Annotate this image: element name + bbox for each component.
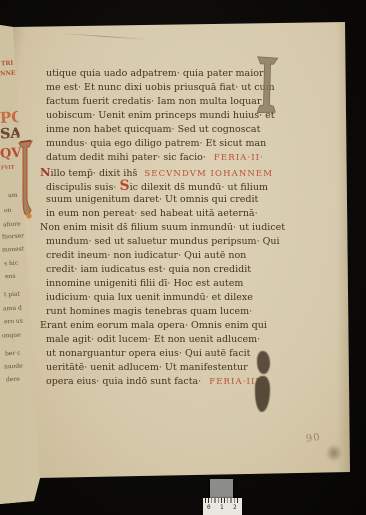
edge-text-fragment: ber c [5,350,21,358]
edge-text-fragment: s hic [4,260,18,268]
text-line: discipulis suis· Sic dilexit ds̄ mundū· … [46,179,260,193]
body-text: opera eius· quia indō sunt facta· [46,376,201,387]
body-text: mundum· sed ut saluetur mundus peripsum·… [46,236,280,247]
text-line: runt homines magis tenebras quam lucem· [46,305,260,319]
text-line: factum fuerit credatis· Iam non multa lo… [46,95,260,109]
body-text: discipulis suis· [46,182,119,193]
edge-text-fragment: fnorser [2,232,24,240]
edge-text-fragment: t piat [4,291,20,299]
rubric-text: FERIA·II· [214,153,264,163]
text-line: innomine unigeniti filii dī· Hoc est aut… [46,277,260,291]
text-line: credit ineum· non iudicatur· Qui autē no… [46,249,260,263]
body-text: Non enim misit ds̄ filium suum inmundū· … [40,222,285,233]
ink-blot-upper [257,351,270,374]
body-text: credit ineum· non iudicatur· Qui autē no… [46,250,246,261]
edge-text-fragment: monest [2,245,25,253]
body-text: me est· Et nunc dixi uobis priusquā fiat… [46,82,275,93]
gray-card [210,479,233,499]
text-line: Non enim misit ds̄ filium suum inmundū· … [40,221,260,235]
text-line: mundum· sed ut saluetur mundus peripsum·… [46,235,260,249]
body-text: innomine unigeniti filii dī· Hoc est aut… [46,278,243,289]
edge-text-fragment: NNE [0,70,16,78]
text-block: utique quia uado adpatrem· quia pater ma… [40,67,260,389]
edge-text-fragment: FVIT [1,165,15,172]
text-line: ut nonarguantur opera eius· Qui autē fac… [46,347,260,361]
body-text: ueritātē· uenit adlucem· Ut manifestentu… [46,362,248,373]
body-text: factum fuerit credatis· Iam non multa lo… [46,96,261,107]
body-text: credit· iam iudicatus est· quia non cred… [46,264,251,275]
ink-smudge [323,441,345,465]
text-line: iudicium· quia lux uenit inmundū· et dil… [46,291,260,305]
text-line: male agit· odit lucem· Et non uenit adlu… [46,333,260,347]
text-line: datum dedit mihi pater· sic facio·FERIA·… [46,151,260,165]
color-scale-ruler: 012 [203,498,242,515]
ruler-scale: 012 [203,498,242,515]
initial-I-top-right-icon [255,56,279,115]
edge-text-fragment: ens [5,273,16,281]
edge-text-fragment: amu d [3,305,22,313]
text-line: ueritātē· uenit adlucem· Ut manifestentu… [46,361,260,375]
edge-text-fragment: nuode [4,363,23,371]
body-text: uobiscum· Uenit enim princeps mundi huiu… [46,110,275,121]
text-line: credit· iam iudicatus est· quia non cred… [46,263,260,277]
ink-blot-lower [255,376,270,412]
edge-text-fragment: TRI [1,60,14,68]
text-line: in eum non pereat· sed habeat uitā aeter… [46,207,260,221]
body-text: runt homines magis tenebras quam lucem· [46,306,252,317]
manuscript-photo: 90 TRINNEPORSAQVSFVITumonafiorefnorsermo… [0,0,366,515]
parchment-scratch [60,33,150,40]
edge-text-fragment: onque [2,332,21,340]
ink-blot-initial [254,349,274,415]
text-line: suum unigenitum daret· Ut omnis qui cred… [46,193,260,207]
ruler-number: 0 [207,504,211,511]
body-text: iudicium· quia lux uenit inmundū· et dil… [46,292,253,303]
text-line: Nillo temp̄· dixit ihs̄ SECVNDVM IOHANNE… [40,165,260,179]
ruler-number: 2 [233,504,237,511]
body-text: ic dilexit ds̄ mundū· ut filium [130,182,268,193]
edge-text-fragment: afiore [3,221,21,229]
text-line: opera eius· quia indō sunt facta·FERIA·I… [46,375,260,389]
folio-number-pencil: 90 [305,432,321,445]
edge-text-fragment: on [4,207,12,214]
text-line: uobiscum· Uenit enim princeps mundi huiu… [46,109,260,123]
body-text: male agit· odit lucem· Et non uenit adlu… [46,334,260,345]
initial-I-left-margin-icon [17,137,35,221]
ruler-number: 1 [220,504,224,511]
body-text: ut nonarguantur opera eius· Qui autē fac… [46,348,251,359]
body-text: datum dedit mihi pater· sic facio· [46,152,206,163]
body-text: N [40,165,51,179]
text-line: inme non habet quicquam· Sed ut cognosca… [46,123,260,137]
body-text: in eum non pereat· sed habeat uitā aeter… [46,208,258,219]
body-text: S [119,178,129,194]
text-line: mundus· quia ego diligo patrem· Et sicut… [46,137,260,151]
body-text: inme non habet quicquam· Sed ut cognosca… [46,124,260,135]
text-line: Erant enim eorum mala opera· Omnis enim … [40,319,260,333]
body-text: utique quia uado adpatrem· quia pater ma… [46,68,264,79]
rubric-text: SECVNDVM IOHANNEM [144,169,273,179]
body-text: suum unigenitum daret· Ut omnis qui cred… [46,194,258,205]
edge-text-fragment: dere [6,376,20,384]
body-text: mundus· quia ego diligo patrem· Et sicut… [46,138,266,149]
edge-text-fragment: ero us [4,318,23,326]
text-line: utique quia uado adpatrem· quia pater ma… [46,67,260,81]
body-text: Erant enim eorum mala opera· Omnis enim … [40,320,267,331]
text-line: me est· Et nunc dixi uobis priusquā fiat… [46,81,260,95]
